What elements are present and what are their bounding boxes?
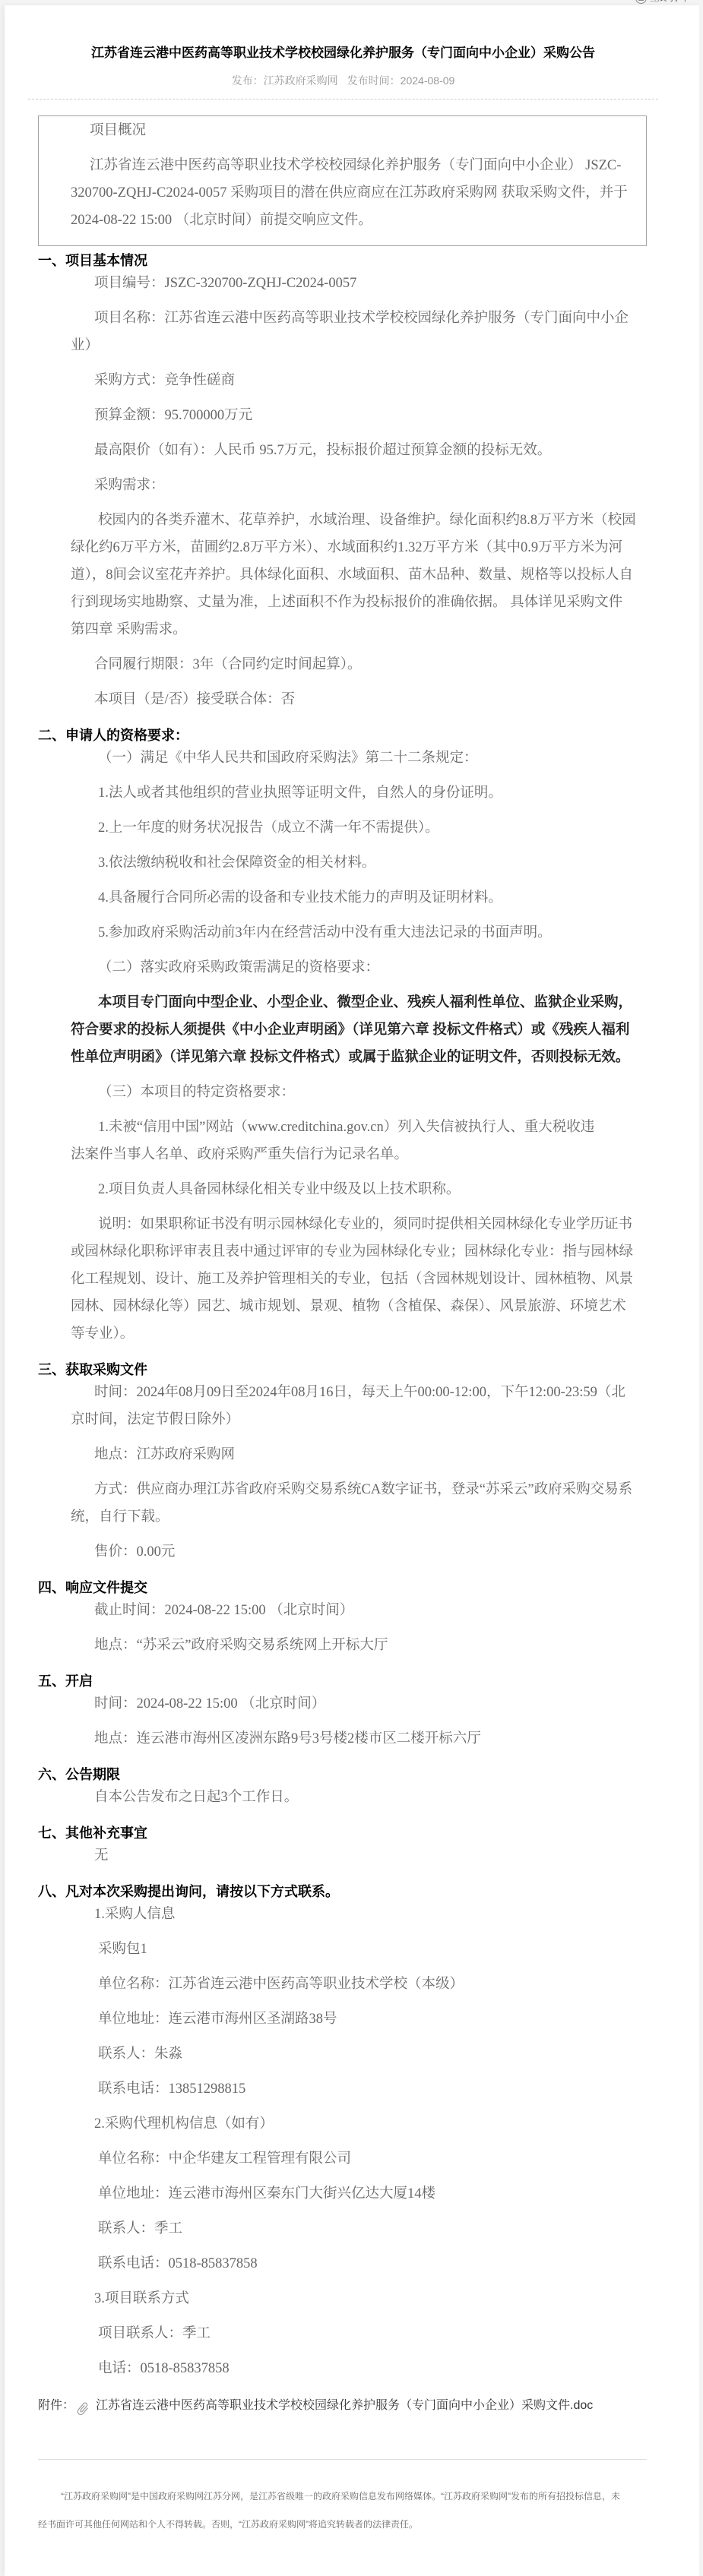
- list-item: 4.具备履行合同所必需的设备和专业技术能力的声明及证明材料。: [38, 884, 647, 912]
- print-button[interactable]: 立即打印: [635, 0, 689, 4]
- project-number: 项目编号：JSZC-320700-ZQHJ-C2024-0057: [38, 270, 647, 297]
- agency-phone: 联系电话：0518-85837858: [38, 2250, 647, 2277]
- section-other-matters: 七、其他补充事宜 无: [38, 1819, 647, 1870]
- overview-text: 江苏省连云港中医药高等职业技术学校校园绿化养护服务（专门面向中小企业） JSZC…: [39, 152, 634, 234]
- list-item: 3.依法缴纳税收和社会保障资金的相关材料。: [38, 849, 647, 877]
- list-item: （二）落实政府采购政策需满足的资格要求：: [38, 954, 647, 981]
- list-item: 1.法人或者其他组织的营业执照等证明文件，自然人的身份证明。: [38, 779, 647, 807]
- project-name: 项目名称：江苏省连云港中医药高等职业技术学校校园绿化养护服务（专门面向中小企 业…: [38, 305, 647, 359]
- article-content: 项目概况 江苏省连云港中医药高等职业技术学校校园绿化养护服务（专门面向中小企业）…: [38, 115, 647, 2539]
- paperclip-icon: [74, 2395, 96, 2416]
- attachment-row: 附件： 江苏省连云港中医药高等职业技术学校校园绿化养护服务（专门面向中小企业）采…: [38, 2390, 647, 2422]
- contract-period: 合同履行期限：3年（合同约定时间起算）。: [38, 651, 647, 678]
- budget-amount: 预算金额：95.700000万元: [38, 402, 647, 429]
- list-item: 说明：如果职称证书没有明示园林绿化专业的，须同时提供相关园林绿化专业学历证书 或…: [38, 1211, 647, 1348]
- page-title: 江苏省连云港中医药高等职业技术学校校园绿化养护服务（专门面向中小企业）采购公告: [28, 44, 658, 62]
- section-contacts: 八、凡对本次采购提出询问，请按以下方式联系。 1.采购人信息 采购包1 单位名称…: [38, 1877, 647, 2382]
- section-heading: 二、申请人的资格要求：: [38, 721, 647, 744]
- list-item: 1.未被“信用中国”网站（www.creditchina.gov.cn）列入失信…: [38, 1114, 647, 1168]
- purchaser-info-heading: 1.采购人信息: [38, 1901, 647, 1928]
- attachment-label: 附件：: [38, 2390, 74, 2422]
- agency-contact: 联系人：季工: [38, 2215, 647, 2243]
- opening-time: 时间：2024-08-22 15:00 （北京时间）: [38, 1690, 647, 1718]
- agency-address: 单位地址：连云港市海州区秦东门大街兴亿达大厦14楼: [38, 2180, 647, 2208]
- section-heading: 五、开启: [38, 1667, 647, 1690]
- submission-location: 地点：“苏采云”政府采购交易系统网上开标大厅: [38, 1632, 647, 1659]
- requirements-text: 校园内的各类乔灌木、花草养护，水域治理、设备维护。绿化面积约8.8万平方米（校园…: [38, 507, 647, 643]
- purchaser-address: 单位地址：连云港市海州区圣湖路38号: [38, 2005, 647, 2033]
- section-submission: 四、响应文件提交 截止时间：2024-08-22 15:00 （北京时间） 地点…: [38, 1573, 647, 1659]
- section-announcement-period: 六、公告期限 自本公告发布之日起3个工作日。: [38, 1760, 647, 1811]
- purchaser-contact: 联系人：朱淼: [38, 2040, 647, 2068]
- submission-deadline: 截止时间：2024-08-22 15:00 （北京时间）: [38, 1597, 647, 1624]
- print-icon: [635, 0, 647, 4]
- package-label: 采购包1: [38, 1936, 647, 1963]
- list-item: 2.上一年度的财务状况报告（成立不满一年不需提供）。: [38, 814, 647, 842]
- print-button-label: 立即打印: [650, 0, 689, 4]
- copyright-notice: “江苏政府采购网”是中国政府采购网江苏分网，是江苏省级唯一的政府采购信息发布网络…: [38, 2483, 647, 2539]
- section-heading: 六、公告期限: [38, 1760, 647, 1784]
- section-heading: 八、凡对本次采购提出询问，请按以下方式联系。: [38, 1877, 647, 1901]
- section-heading: 四、响应文件提交: [38, 1573, 647, 1597]
- opening-location: 地点：连云港市海州区凌洲东路9号3号楼2楼市区二楼开标六厅: [38, 1725, 647, 1753]
- overview-heading: 项目概况: [39, 117, 634, 144]
- section-basic-info: 一、项目基本情况 项目编号：JSZC-320700-ZQHJ-C2024-005…: [38, 246, 647, 713]
- section-obtain-documents: 三、获取采购文件 时间：2024年08月09日至2024年08月16日，每天上午…: [38, 1355, 647, 1566]
- document-price: 售价：0.00元: [38, 1538, 647, 1566]
- section-heading: 三、获取采购文件: [38, 1355, 647, 1379]
- obtain-time: 时间：2024年08月09日至2024年08月16日，每天上午00:00-12:…: [38, 1379, 647, 1433]
- max-price: 最高限价（如有）：人民币 95.7万元，投标报价超过预算金额的投标无效。: [38, 437, 647, 464]
- list-item: （一）满足《中华人民共和国政府采购法》第二十二条规定：: [38, 744, 647, 772]
- obtain-method: 方式：供应商办理江苏省政府采购交易系统CA数字证书，登录“苏采云”政府采购交易系…: [38, 1476, 647, 1531]
- footer-divider: [38, 2459, 647, 2460]
- sme-requirement-notice: 本项目专门面向中型企业、小型企业、微型企业、残疾人福利性单位、监狱企业采购， 符…: [38, 989, 647, 1071]
- list-item: 2.项目负责人具备园林绿化相关专业中级及以上技术职称。: [38, 1176, 647, 1203]
- publisher: 发布：江苏政府采购网: [232, 74, 338, 87]
- agency-info-heading: 2.采购代理机构信息（如有）: [38, 2110, 647, 2138]
- consortium-accepted: 本项目（是/否）接受联合体：否: [38, 686, 647, 713]
- list-item: （三）本项目的特定资格要求：: [38, 1079, 647, 1106]
- agency-name: 单位名称：中企华建友工程管理有限公司: [38, 2145, 647, 2173]
- publish-time: 发布时间：2024-08-09: [347, 74, 455, 87]
- announcement-period: 自本公告发布之日起3个工作日。: [38, 1784, 647, 1811]
- section-heading: 一、项目基本情况: [38, 246, 647, 270]
- obtain-location: 地点：江苏政府采购网: [38, 1441, 647, 1468]
- section-heading: 七、其他补充事宜: [38, 1819, 647, 1842]
- project-contact-phone: 电话：0518-85837858: [38, 2355, 647, 2382]
- title-divider: [28, 99, 658, 100]
- publish-meta: 发布：江苏政府采购网发布时间：2024-08-09: [28, 73, 658, 88]
- list-item: 5.参加政府采购活动前3年内在经营活动中没有重大违法记录的书面声明。: [38, 919, 647, 947]
- requirements-label: 采购需求：: [38, 472, 647, 499]
- procurement-method: 采购方式：竞争性磋商: [38, 367, 647, 394]
- purchaser-phone: 联系电话：13851298815: [38, 2075, 647, 2103]
- purchaser-name: 单位名称：江苏省连云港中医药高等职业技术学校（本级）: [38, 1971, 647, 1998]
- project-contact-person: 项目联系人：季工: [38, 2320, 647, 2347]
- attachment-link[interactable]: 江苏省连云港中医药高等职业技术学校校园绿化养护服务（专门面向中小企业）采购文件.…: [96, 2390, 593, 2422]
- project-contact-heading: 3.项目联系方式: [38, 2285, 647, 2312]
- other-matters: 无: [38, 1842, 647, 1870]
- section-qualifications: 二、申请人的资格要求： （一）满足《中华人民共和国政府采购法》第二十二条规定： …: [38, 721, 647, 1348]
- section-opening: 五、开启 时间：2024-08-22 15:00 （北京时间） 地点：连云港市海…: [38, 1667, 647, 1753]
- project-overview-box: 项目概况 江苏省连云港中医药高等职业技术学校校园绿化养护服务（专门面向中小企业）…: [38, 115, 647, 246]
